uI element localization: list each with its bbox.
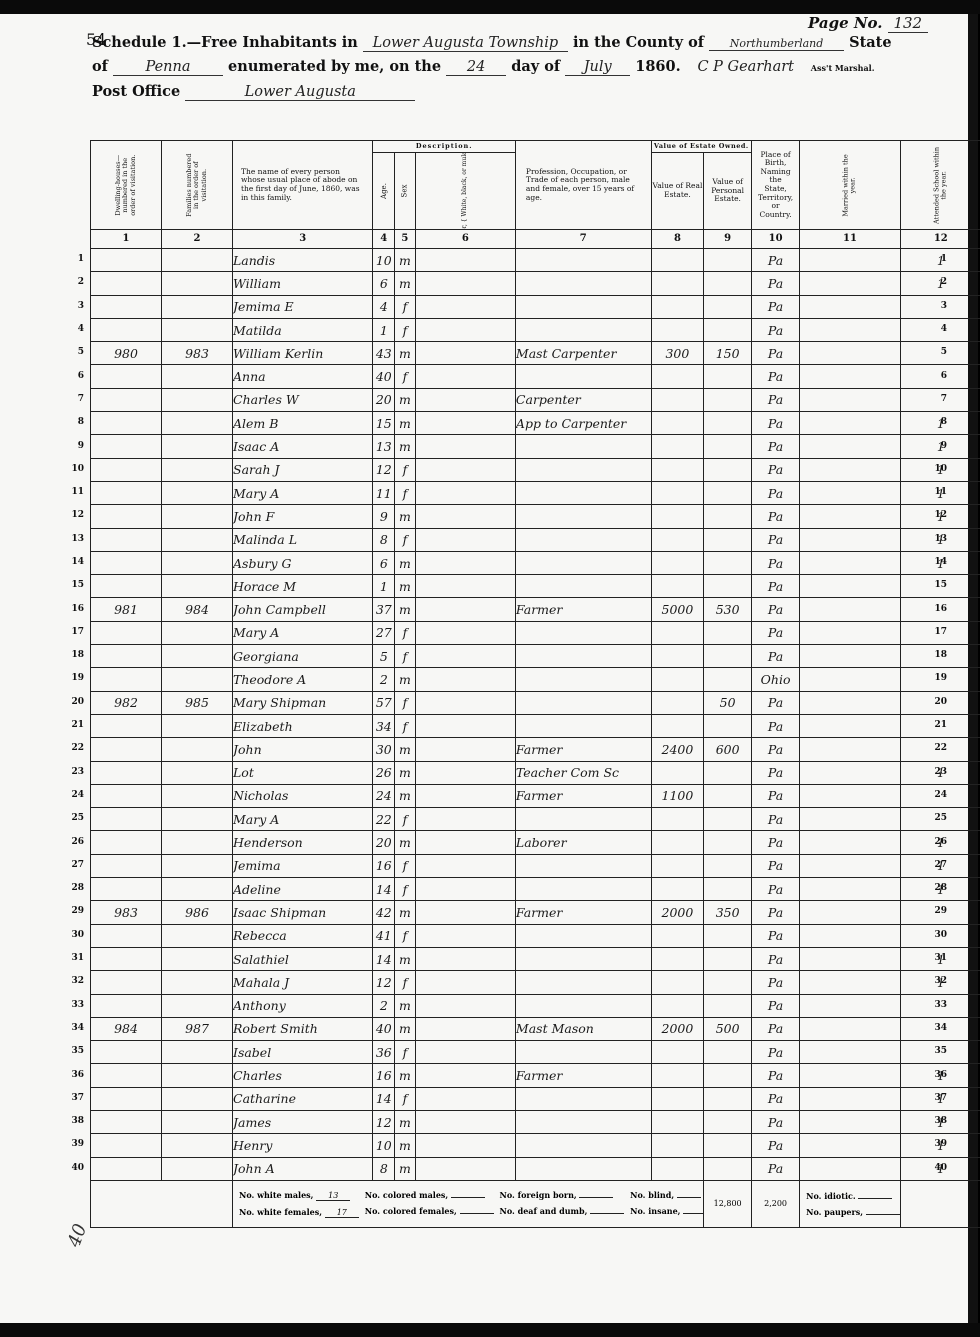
family-cell: 986 xyxy=(162,901,233,924)
real-estate-cell xyxy=(651,551,704,574)
col-family-header: Families numbered in the order of visita… xyxy=(162,141,233,230)
schedule-label: Schedule 1.—Free Inhabitants in xyxy=(92,34,358,51)
family-cell xyxy=(162,1041,233,1064)
line-number: 6 xyxy=(925,371,947,381)
birthplace-cell: Pa xyxy=(751,365,799,388)
sex-cell: m xyxy=(395,575,416,598)
dwelling-cell xyxy=(91,551,162,574)
dwelling-cell xyxy=(91,994,162,1017)
birthplace-cell: Pa xyxy=(751,598,799,621)
married-cell xyxy=(800,1041,901,1064)
birthplace-cell: Pa xyxy=(751,784,799,807)
sex-cell: m xyxy=(395,668,416,691)
married-cell xyxy=(800,1087,901,1110)
color-cell xyxy=(415,435,515,458)
name-cell: Mahala J xyxy=(233,971,373,994)
table-row: Mahala J12fPa1 xyxy=(91,971,980,994)
married-cell xyxy=(800,1110,901,1133)
col-school-header: Attended School within the year. xyxy=(900,141,980,230)
table-row: Adeline14fPa1 xyxy=(91,878,980,901)
summary-idiotic-paupers: No. idiotic. No. paupers, xyxy=(800,1180,901,1227)
real-estate-cell xyxy=(651,1064,704,1087)
family-cell xyxy=(162,551,233,574)
col-number: 4 xyxy=(373,230,395,249)
line-number: 1 xyxy=(62,254,84,264)
occupation-cell xyxy=(515,994,651,1017)
personal-estate-cell: 50 xyxy=(704,691,752,714)
name-cell: Charles xyxy=(233,1064,373,1087)
real-estate-cell xyxy=(651,435,704,458)
personal-estate-cell xyxy=(704,854,752,877)
sex-cell: f xyxy=(395,365,416,388)
occupation-cell: Farmer xyxy=(515,901,651,924)
sex-cell: m xyxy=(395,1064,416,1087)
white-males-field: No. white males, 13 xyxy=(239,1190,359,1201)
scan-top-border xyxy=(0,0,980,14)
name-cell: James xyxy=(233,1110,373,1133)
table-row: Anna40fPa xyxy=(91,365,980,388)
real-estate-cell xyxy=(651,458,704,481)
color-cell xyxy=(415,412,515,435)
sex-cell: f xyxy=(395,924,416,947)
real-estate-cell: 300 xyxy=(651,342,704,365)
real-estate-cell xyxy=(651,854,704,877)
married-cell xyxy=(800,714,901,737)
line-number: 27 xyxy=(62,860,84,870)
occupation-cell xyxy=(515,365,651,388)
line-number: 27 xyxy=(925,860,947,870)
occupation-cell: Laborer xyxy=(515,831,651,854)
dwelling-cell xyxy=(91,947,162,970)
county-label: in the County of xyxy=(573,34,704,51)
table-row: Asbury G6mPa1 xyxy=(91,551,980,574)
dwelling-cell xyxy=(91,1064,162,1087)
real-estate-cell xyxy=(651,691,704,714)
col-name-header: The name of every person whose usual pla… xyxy=(233,141,373,230)
occupation-cell xyxy=(515,435,651,458)
real-estate-cell: 2000 xyxy=(651,901,704,924)
birthplace-cell: Pa xyxy=(751,691,799,714)
age-cell: 14 xyxy=(373,878,395,901)
dwelling-cell xyxy=(91,668,162,691)
color-cell xyxy=(415,738,515,761)
page-no-label: Page No. xyxy=(808,14,883,32)
line-number: 5 xyxy=(925,347,947,357)
dwelling-cell xyxy=(91,412,162,435)
line-number: 24 xyxy=(62,790,84,800)
name-cell: Charles W xyxy=(233,388,373,411)
table-row: Henry10mPa1 xyxy=(91,1134,980,1157)
personal-estate-cell xyxy=(704,831,752,854)
age-cell: 10 xyxy=(373,1134,395,1157)
line-number: 35 xyxy=(62,1046,84,1056)
dwelling-cell: 980 xyxy=(91,342,162,365)
color-cell xyxy=(415,598,515,621)
name-cell: Jemima E xyxy=(233,295,373,318)
dwelling-cell xyxy=(91,249,162,272)
dwelling-cell xyxy=(91,1087,162,1110)
married-cell xyxy=(800,878,901,901)
sex-cell: m xyxy=(395,342,416,365)
personal-estate-cell xyxy=(704,621,752,644)
personal-estate-cell xyxy=(704,1134,752,1157)
personal-estate-cell xyxy=(704,761,752,784)
birthplace-cell: Pa xyxy=(751,1064,799,1087)
color-cell xyxy=(415,668,515,691)
line-number: 38 xyxy=(925,1116,947,1126)
age-cell: 14 xyxy=(373,1087,395,1110)
line-number: 20 xyxy=(925,697,947,707)
line-number: 18 xyxy=(62,650,84,660)
age-cell: 57 xyxy=(373,691,395,714)
age-cell: 22 xyxy=(373,808,395,831)
personal-estate-cell xyxy=(704,808,752,831)
age-cell: 15 xyxy=(373,412,395,435)
real-estate-cell xyxy=(651,947,704,970)
occupation-cell xyxy=(515,528,651,551)
table-row: Anthony2mPa xyxy=(91,994,980,1017)
dwelling-cell xyxy=(91,528,162,551)
occupation-cell xyxy=(515,295,651,318)
line-number: 16 xyxy=(62,604,84,614)
line-number: 20 xyxy=(62,697,84,707)
col-number: 12 xyxy=(900,230,980,249)
line-number: 10 xyxy=(925,464,947,474)
color-cell xyxy=(415,365,515,388)
table-row: Theodore A2mOhio xyxy=(91,668,980,691)
name-cell: Isaac A xyxy=(233,435,373,458)
table-row: Charles W20mCarpenterPa xyxy=(91,388,980,411)
real-estate-cell xyxy=(651,808,704,831)
line-number: 25 xyxy=(925,813,947,823)
post-office-label: Post Office xyxy=(92,83,180,100)
marshal-name: C P Gearhart xyxy=(686,59,806,75)
age-cell: 27 xyxy=(373,621,395,644)
table-row: William6mPa1 xyxy=(91,272,980,295)
occupation-cell: Farmer xyxy=(515,738,651,761)
occupation-cell xyxy=(515,971,651,994)
personal-estate-cell xyxy=(704,458,752,481)
birthplace-cell: Pa xyxy=(751,878,799,901)
real-estate-cell xyxy=(651,1134,704,1157)
sex-cell: m xyxy=(395,412,416,435)
married-cell xyxy=(800,528,901,551)
color-cell xyxy=(415,458,515,481)
family-cell xyxy=(162,714,233,737)
family-cell xyxy=(162,947,233,970)
married-cell xyxy=(800,761,901,784)
name-cell: Robert Smith xyxy=(233,1017,373,1040)
name-cell: Isaac Shipman xyxy=(233,901,373,924)
personal-estate-cell xyxy=(704,365,752,388)
col-birthplace-header: Place of Birth, Naming the State, Territ… xyxy=(751,141,799,230)
dwelling-cell xyxy=(91,435,162,458)
family-cell xyxy=(162,1064,233,1087)
schedule-title-line: Schedule 1.—Free Inhabitants in Lower Au… xyxy=(92,34,892,52)
name-cell: Jemima xyxy=(233,854,373,877)
colored-males-field: No. colored males, xyxy=(365,1190,494,1200)
table-row: 981984John Campbell37mFarmer5000530Pa xyxy=(91,598,980,621)
color-cell xyxy=(415,249,515,272)
family-cell xyxy=(162,318,233,341)
color-cell xyxy=(415,551,515,574)
birthplace-cell: Ohio xyxy=(751,668,799,691)
age-cell: 6 xyxy=(373,551,395,574)
total-personal-estate: 2,200 xyxy=(751,1180,799,1227)
age-cell: 10 xyxy=(373,249,395,272)
line-number: 17 xyxy=(62,627,84,637)
insane-field: No. insane, xyxy=(630,1206,703,1216)
age-cell: 13 xyxy=(373,435,395,458)
enumeration-line: of Penna enumerated by me, on the 24 day… xyxy=(92,58,875,76)
name-cell: Anna xyxy=(233,365,373,388)
line-number: 17 xyxy=(925,627,947,637)
line-number: 12 xyxy=(925,510,947,520)
table-row: Catharine14fPa1 xyxy=(91,1087,980,1110)
sex-cell: f xyxy=(395,1087,416,1110)
line-number: 12 xyxy=(62,510,84,520)
color-cell xyxy=(415,388,515,411)
birthplace-cell: Pa xyxy=(751,295,799,318)
married-cell xyxy=(800,575,901,598)
dwelling-cell xyxy=(91,1110,162,1133)
family-cell xyxy=(162,458,233,481)
table-row: Landis10mPa1 xyxy=(91,249,980,272)
occupation-cell xyxy=(515,645,651,668)
birthplace-cell: Pa xyxy=(751,714,799,737)
color-cell xyxy=(415,1064,515,1087)
table-row: Jemima E4fPa xyxy=(91,295,980,318)
birthplace-cell: Pa xyxy=(751,458,799,481)
color-cell xyxy=(415,761,515,784)
line-number: 3 xyxy=(925,301,947,311)
line-number: 19 xyxy=(62,673,84,683)
birthplace-cell: Pa xyxy=(751,1157,799,1180)
birthplace-cell: Pa xyxy=(751,1087,799,1110)
sex-cell: m xyxy=(395,598,416,621)
line-number: 26 xyxy=(925,837,947,847)
sex-cell: f xyxy=(395,808,416,831)
idiotic-field: No. idiotic. xyxy=(806,1191,900,1201)
birthplace-cell: Pa xyxy=(751,505,799,528)
occupation-cell: Farmer xyxy=(515,598,651,621)
real-estate-cell xyxy=(651,481,704,504)
married-cell xyxy=(800,924,901,947)
married-cell xyxy=(800,295,901,318)
real-estate-cell xyxy=(651,575,704,598)
family-cell xyxy=(162,412,233,435)
name-cell: Malinda L xyxy=(233,528,373,551)
name-cell: William xyxy=(233,272,373,295)
family-cell: 985 xyxy=(162,691,233,714)
line-number: 33 xyxy=(62,1000,84,1010)
family-cell xyxy=(162,435,233,458)
line-number: 2 xyxy=(925,277,947,287)
name-cell: Sarah J xyxy=(233,458,373,481)
birthplace-cell: Pa xyxy=(751,947,799,970)
color-cell xyxy=(415,1041,515,1064)
personal-estate-cell: 350 xyxy=(704,901,752,924)
personal-estate-cell xyxy=(704,1110,752,1133)
page-number: Page No. 132 xyxy=(808,14,928,33)
line-number: 15 xyxy=(925,580,947,590)
dwelling-cell xyxy=(91,1157,162,1180)
married-cell xyxy=(800,412,901,435)
birthplace-cell: Pa xyxy=(751,808,799,831)
name-cell: Catharine xyxy=(233,1087,373,1110)
age-cell: 1 xyxy=(373,318,395,341)
dwelling-cell: 983 xyxy=(91,901,162,924)
dwelling-cell xyxy=(91,481,162,504)
column-number-row: 1 2 3 4 5 6 7 8 9 10 11 12 13 14 xyxy=(91,230,980,249)
family-cell xyxy=(162,971,233,994)
table-row: Isaac A13mPa1 xyxy=(91,435,980,458)
line-number: 23 xyxy=(925,767,947,777)
line-number: 32 xyxy=(925,976,947,986)
color-cell xyxy=(415,1017,515,1040)
line-number: 36 xyxy=(925,1070,947,1080)
dwelling-cell xyxy=(91,505,162,528)
personal-estate-cell xyxy=(704,1064,752,1087)
color-cell xyxy=(415,318,515,341)
line-number: 22 xyxy=(925,743,947,753)
color-cell xyxy=(415,808,515,831)
color-cell xyxy=(415,272,515,295)
occupation-cell xyxy=(515,1110,651,1133)
dwelling-cell xyxy=(91,924,162,947)
occupation-cell: Mast Carpenter xyxy=(515,342,651,365)
name-cell: Henry xyxy=(233,1134,373,1157)
summary-blank xyxy=(91,1180,233,1227)
table-row: Alem B15mApp to CarpenterPa1 xyxy=(91,412,980,435)
married-cell xyxy=(800,1064,901,1087)
dwelling-cell xyxy=(91,1134,162,1157)
line-number: 23 xyxy=(62,767,84,777)
personal-estate-cell xyxy=(704,645,752,668)
sex-cell: f xyxy=(395,645,416,668)
sex-cell: f xyxy=(395,318,416,341)
occupation-cell xyxy=(515,1041,651,1064)
dwelling-cell xyxy=(91,784,162,807)
occupation-cell xyxy=(515,318,651,341)
personal-estate-cell xyxy=(704,668,752,691)
line-number: 34 xyxy=(62,1023,84,1033)
dwelling-cell: 982 xyxy=(91,691,162,714)
table-row: Lot26mTeacher Com ScPa1 xyxy=(91,761,980,784)
real-estate-cell xyxy=(651,412,704,435)
col-married-header: Married within the year. xyxy=(800,141,901,230)
married-cell xyxy=(800,738,901,761)
sex-cell: f xyxy=(395,295,416,318)
age-cell: 16 xyxy=(373,1064,395,1087)
dwelling-cell xyxy=(91,738,162,761)
dwelling-cell xyxy=(91,365,162,388)
occupation-cell xyxy=(515,924,651,947)
family-cell xyxy=(162,784,233,807)
birthplace-cell: Pa xyxy=(751,645,799,668)
dwelling-cell xyxy=(91,575,162,598)
age-cell: 2 xyxy=(373,994,395,1017)
personal-estate-cell xyxy=(704,947,752,970)
color-cell xyxy=(415,901,515,924)
birthplace-cell: Pa xyxy=(751,412,799,435)
age-cell: 12 xyxy=(373,971,395,994)
color-cell xyxy=(415,575,515,598)
sex-cell: f xyxy=(395,458,416,481)
line-number: 11 xyxy=(62,487,84,497)
occupation-cell: Carpenter xyxy=(515,388,651,411)
table-row: John30mFarmer2400600Pa xyxy=(91,738,980,761)
age-cell: 1 xyxy=(373,575,395,598)
family-cell xyxy=(162,295,233,318)
enumerated-label: enumerated by me, on the xyxy=(228,58,441,75)
personal-estate-cell xyxy=(704,878,752,901)
name-cell: John A xyxy=(233,1157,373,1180)
col-age-header: Age. xyxy=(373,153,395,230)
married-cell xyxy=(800,971,901,994)
table-row: Mary A27fPa xyxy=(91,621,980,644)
birthplace-cell: Pa xyxy=(751,971,799,994)
sex-cell: m xyxy=(395,831,416,854)
col-occupation-header: Profession, Occupation, or Trade of each… xyxy=(515,141,651,230)
white-females-value: 17 xyxy=(325,1208,359,1218)
real-estate-cell xyxy=(651,621,704,644)
table-row: Matilda1fPa xyxy=(91,318,980,341)
col-sex-header: Sex xyxy=(395,153,416,230)
occupation-cell xyxy=(515,249,651,272)
real-estate-cell xyxy=(651,714,704,737)
married-cell xyxy=(800,901,901,924)
age-cell: 16 xyxy=(373,854,395,877)
col-number: 7 xyxy=(515,230,651,249)
age-cell: 26 xyxy=(373,761,395,784)
line-number: 36 xyxy=(62,1070,84,1080)
sex-cell: m xyxy=(395,388,416,411)
table-row: Malinda L8fPa1 xyxy=(91,528,980,551)
estate-group-header: Value of Estate Owned. xyxy=(651,141,751,153)
col-number: 11 xyxy=(800,230,901,249)
personal-estate-cell xyxy=(704,318,752,341)
table-row: Charles16mFarmerPa1 xyxy=(91,1064,980,1087)
age-cell: 40 xyxy=(373,365,395,388)
personal-estate-cell xyxy=(704,1041,752,1064)
color-cell xyxy=(415,1134,515,1157)
name-cell: Nicholas xyxy=(233,784,373,807)
real-estate-cell xyxy=(651,994,704,1017)
line-number: 11 xyxy=(925,487,947,497)
age-cell: 36 xyxy=(373,1041,395,1064)
line-number: 30 xyxy=(62,930,84,940)
post-office-line: Post Office Lower Augusta xyxy=(92,83,415,101)
age-cell: 34 xyxy=(373,714,395,737)
occupation-cell: Farmer xyxy=(515,1064,651,1087)
color-cell xyxy=(415,994,515,1017)
occupation-cell: Mast Mason xyxy=(515,1017,651,1040)
col-number: 9 xyxy=(704,230,752,249)
name-cell: Elizabeth xyxy=(233,714,373,737)
of-label: of xyxy=(92,58,108,75)
married-cell xyxy=(800,342,901,365)
color-cell xyxy=(415,505,515,528)
birthplace-cell: Pa xyxy=(751,272,799,295)
color-cell xyxy=(415,528,515,551)
line-number: 26 xyxy=(62,837,84,847)
white-males-value: 13 xyxy=(316,1191,350,1201)
sex-cell: f xyxy=(395,971,416,994)
sex-cell: f xyxy=(395,878,416,901)
deaf-dumb-field: No. deaf and dumb, xyxy=(500,1206,625,1216)
real-estate-cell xyxy=(651,249,704,272)
